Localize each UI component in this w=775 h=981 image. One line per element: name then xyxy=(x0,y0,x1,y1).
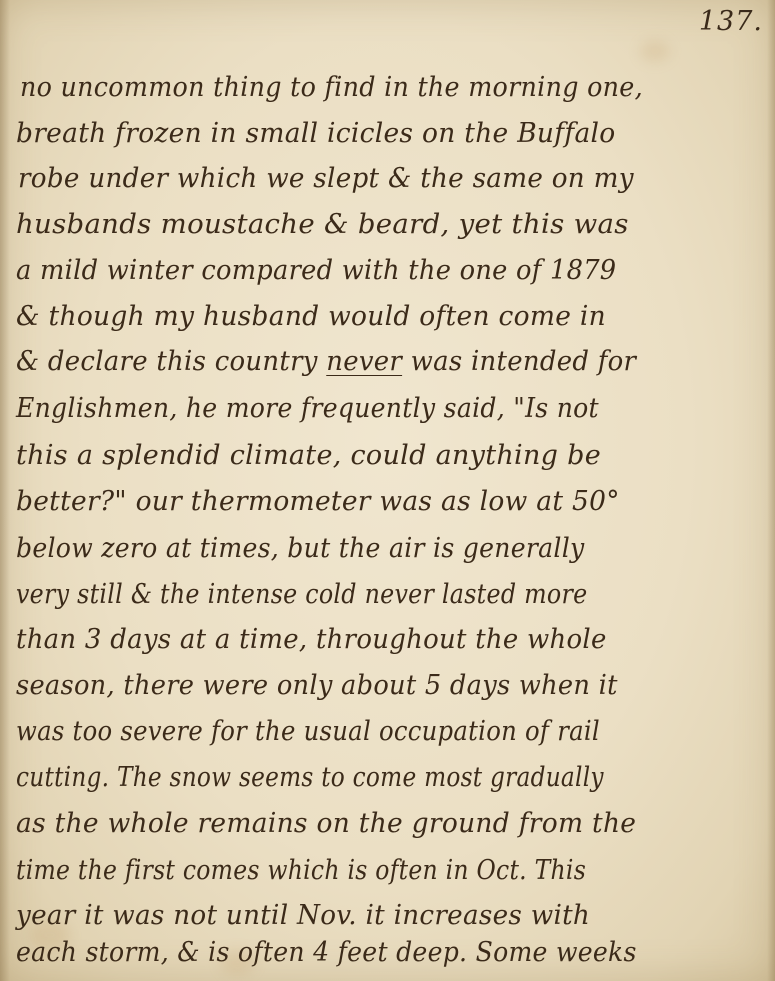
text-line-7-after: was intended for xyxy=(402,346,636,377)
paper-stain xyxy=(640,40,670,62)
text-line-8: Englishmen, he more frequently said, "Is… xyxy=(16,393,599,424)
text-line-4: husbands moustache & beard, yet this was xyxy=(16,209,629,240)
text-line-13: than 3 days at a time, throughout the wh… xyxy=(16,624,607,655)
text-line-1: no uncommon thing to find in the morning… xyxy=(20,72,643,103)
page-number: 137. xyxy=(699,6,763,37)
manuscript-page: 137. no uncommon thing to find in the mo… xyxy=(0,0,775,981)
text-line-7-before: & declare this country xyxy=(16,346,326,377)
text-line-15: was too severe for the usual occupation … xyxy=(16,716,600,747)
text-line-2: breath frozen in small icicles on the Bu… xyxy=(16,118,615,149)
text-line-6: & though my husband would often come in xyxy=(16,301,606,332)
text-line-5: a mild winter compared with the one of 1… xyxy=(16,255,616,286)
text-line-3: robe under which we slept & the same on … xyxy=(18,163,634,194)
text-line-14: season, there were only about 5 days whe… xyxy=(16,670,618,701)
text-line-17: as the whole remains on the ground from … xyxy=(16,808,636,839)
text-line-7: & declare this country never was intende… xyxy=(16,346,636,377)
text-line-18: time the first comes which is often in O… xyxy=(16,855,586,886)
text-line-20: each storm, & is often 4 feet deep. Some… xyxy=(16,937,637,968)
text-line-11: below zero at times, but the air is gene… xyxy=(16,533,584,564)
text-line-12: very still & the intense cold never last… xyxy=(16,579,587,610)
text-line-10: better?" our thermometer was as low at 5… xyxy=(16,486,620,517)
text-line-19: year it was not until Nov. it increases … xyxy=(16,900,590,931)
underlined-word-never: never xyxy=(326,346,402,377)
text-line-16: cutting. The snow seems to come most gra… xyxy=(16,762,604,793)
text-line-9: this a splendid climate, could anything … xyxy=(16,440,601,471)
